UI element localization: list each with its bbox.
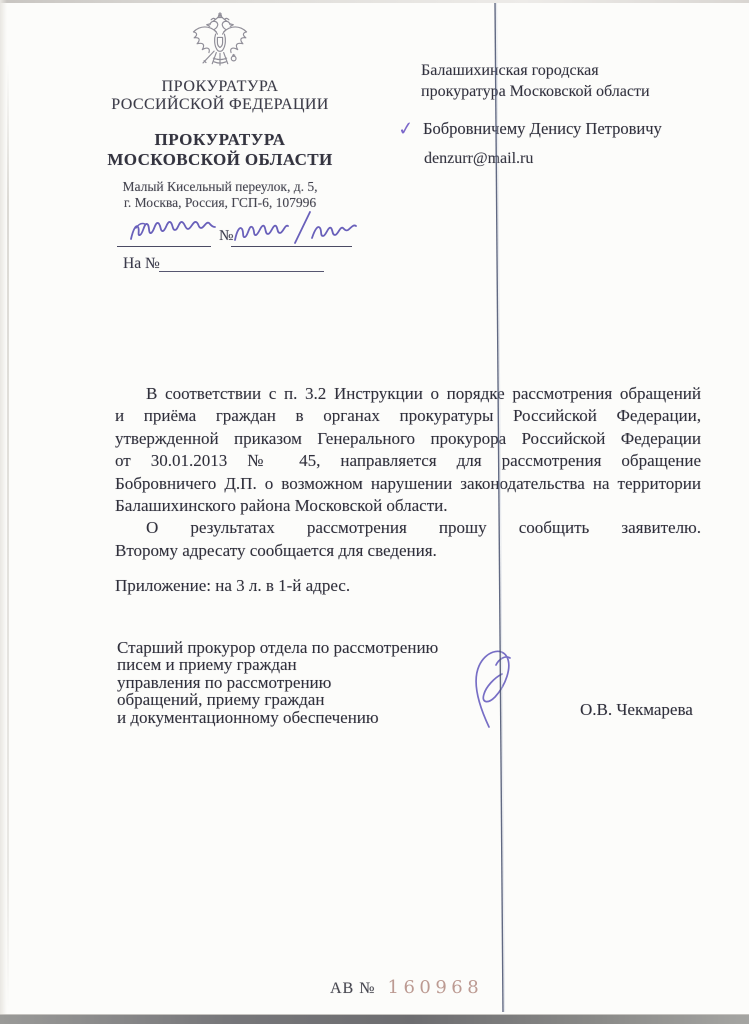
addressee-name: Бобровничему Денису Петровичу [423, 119, 662, 139]
coat-of-arms-icon [181, 12, 259, 74]
handwritten-date-scrawl [131, 222, 215, 239]
scan-crease-left [7, 60, 9, 1010]
scanned-letter-page: ПРОКУРАТУРА РОССИЙСКОЙ ФЕДЕРАЦИИ ПРОКУРА… [0, 0, 749, 1024]
body-line: Балашихинского района Московской области… [115, 495, 701, 517]
checkmark-icon: ✓ [397, 117, 415, 141]
handwritten-signature [476, 651, 510, 727]
body-line: В соответствии с п. 3.2 Инструкции о пор… [115, 383, 701, 405]
attachment-note: Приложение: на 3 л. в 1-й адрес. [115, 576, 350, 596]
signer-title: Старший прокурор отдела по рассмотрению … [117, 639, 438, 726]
scan-edge-left [0, 0, 7, 1024]
number-sign-label: № [219, 228, 233, 245]
letter-body: В соответствии с п. 3.2 Инструкции о пор… [115, 383, 701, 562]
body-line: утвержденной приказом Генерального проку… [115, 428, 701, 450]
body-line: Бобровничего Д.П. о возможном нарушении … [115, 473, 701, 495]
reply-to-underline [159, 271, 324, 272]
scan-edge-bottom [0, 1014, 749, 1024]
body-line: и приёма граждан в органах прокуратуры Р… [115, 405, 701, 427]
signer-title-line: Старший прокурор отдела по рассмотрению [117, 639, 438, 656]
body-line: Второму адресату сообщается для сведения… [115, 540, 701, 562]
recipient-org: Балашихинская городская прокуратура Моск… [421, 61, 650, 102]
address-line1: Малый Кисельный переулок, д. 5, [98, 179, 342, 195]
recipient-org-line2: прокуратура Московской области [421, 82, 650, 103]
form-series-label: АВ № [330, 980, 376, 997]
signer-name: О.В. Чекмарева [580, 700, 693, 720]
form-serial-number: 160968 [388, 977, 484, 998]
dept-name-line2: МОСКОВСКОЙ ОБЛАСТИ [98, 150, 342, 170]
org-name-line1: ПРОКУРАТУРА [98, 78, 342, 96]
number-underline [231, 246, 352, 247]
date-underline [117, 246, 211, 247]
signer-title-line: управления по рассмотрению [117, 674, 438, 691]
body-line: О результатах рассмотрения прошу сообщит… [115, 517, 701, 539]
dept-name-line1: ПРОКУРАТУРА [98, 130, 342, 150]
scan-edge-top [0, 0, 749, 3]
address-line2: г. Москва, Россия, ГСП-6, 107996 [98, 195, 342, 211]
letterhead: ПРОКУРАТУРА РОССИЙСКОЙ ФЕДЕРАЦИИ ПРОКУРА… [98, 12, 342, 211]
reply-to-label: На № [123, 255, 160, 273]
recipient-email: denzurr@mail.ru [424, 150, 533, 168]
recipient-org-line1: Балашихинская городская [421, 61, 650, 82]
handwritten-number-scrawl [235, 212, 356, 243]
signer-title-line: и документационному обеспечению [117, 709, 438, 726]
org-name-line2: РОССИЙСКОЙ ФЕДЕРАЦИИ [98, 96, 342, 114]
form-serial: АВ № 160968 [330, 977, 483, 998]
body-line: от 30.01.2013 № 45, направляется для рас… [115, 450, 701, 472]
signer-title-line: обращений, приему граждан [117, 691, 438, 708]
signer-title-line: писем и приему граждан [117, 656, 438, 673]
